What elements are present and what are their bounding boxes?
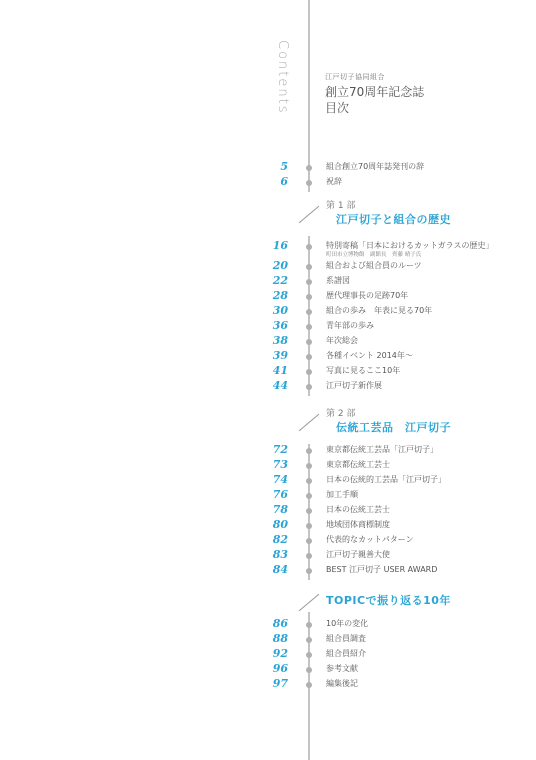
bullet-dot-icon (306, 339, 312, 345)
toc-item[interactable]: 41 写真に見るここ10年 (0, 364, 536, 379)
bullet-dot-icon (306, 538, 312, 544)
title-line-1: 創立70周年記念誌 (325, 84, 424, 100)
page-number: 96 (248, 662, 288, 676)
page-number: 83 (248, 548, 288, 562)
toc-item[interactable]: 96 参考文献 (0, 662, 536, 677)
toc-item[interactable]: 92 組合員紹介 (0, 647, 536, 662)
toc-item[interactable]: 73 東京都伝統工芸士 (0, 458, 536, 473)
page-number: 97 (248, 677, 288, 691)
bullet-dot-icon (306, 493, 312, 499)
page-number: 84 (248, 563, 288, 577)
page-number: 36 (248, 319, 288, 333)
toc-label: 祝辞 (326, 176, 342, 188)
slash-divider-icon (299, 206, 320, 223)
bullet-dot-icon (306, 682, 312, 688)
toc-label: 組合員調査 (326, 633, 366, 645)
bullet-dot-icon (306, 568, 312, 574)
toc-label: 参考文献 (326, 663, 358, 675)
page-number: 30 (248, 304, 288, 318)
toc-label: 各種イベント 2014年〜 (326, 350, 413, 362)
bullet-dot-icon (306, 354, 312, 360)
toc-item[interactable]: 97 編集後記 (0, 677, 536, 692)
bullet-dot-icon (306, 553, 312, 559)
bullet-dot-icon (306, 165, 312, 171)
bullet-dot-icon (306, 264, 312, 270)
toc-item[interactable]: 72 東京都伝統工芸品「江戸切子」 (0, 443, 536, 458)
toc-item[interactable]: 22 系譜図 (0, 274, 536, 289)
toc-item[interactable]: 30 組合の歩み 年表に見る70年 (0, 304, 536, 319)
title-line-2: 目次 (325, 100, 424, 116)
toc-label: 東京都伝統工芸品「江戸切子」 (326, 444, 438, 456)
toc-label: 組合員紹介 (326, 648, 366, 660)
page-number: 44 (248, 379, 288, 393)
toc-item[interactable]: 6 祝辞 (0, 175, 536, 190)
toc-item[interactable]: 20 組合および組合員のルーツ (0, 259, 536, 274)
toc-label: 組合創立70周年誌発刊の辞 (326, 161, 424, 173)
page-number: 80 (248, 518, 288, 532)
page-number: 74 (248, 473, 288, 487)
toc-item[interactable]: 88 組合員調査 (0, 632, 536, 647)
page-number: 88 (248, 632, 288, 646)
page-number: 73 (248, 458, 288, 472)
bullet-dot-icon (306, 309, 312, 315)
bullet-dot-icon (306, 523, 312, 529)
bullet-dot-icon (306, 324, 312, 330)
section-part: 第 1 部 (326, 198, 355, 211)
toc-label: 日本の伝統的工芸品「江戸切子」 (326, 474, 446, 486)
bullet-dot-icon (306, 622, 312, 628)
page-number: 6 (248, 175, 288, 189)
page-number: 20 (248, 259, 288, 273)
toc-item[interactable]: 76 加工手順 (0, 488, 536, 503)
toc-label: 写真に見るここ10年 (326, 365, 400, 377)
page-number: 22 (248, 274, 288, 288)
toc-label: 組合の歩み 年表に見る70年 (326, 305, 432, 317)
toc-item[interactable]: 38 年次総会 (0, 334, 536, 349)
page-number: 76 (248, 488, 288, 502)
toc-label: 歴代理事長の足跡70年 (326, 290, 408, 302)
page-number: 72 (248, 443, 288, 457)
section-part: 第 2 部 (326, 406, 355, 419)
toc-label: 地域団体商標制度 (326, 519, 390, 531)
toc-label: 青年部の歩み (326, 320, 374, 332)
page-number: 78 (248, 503, 288, 517)
bullet-dot-icon (306, 448, 312, 454)
bullet-dot-icon (306, 279, 312, 285)
toc-item[interactable]: 80 地域団体商標制度 (0, 518, 536, 533)
page-number: 92 (248, 647, 288, 661)
toc-label: 系譜図 (326, 275, 350, 287)
toc-item[interactable]: 82 代表的なカットパターン (0, 533, 536, 548)
toc-item[interactable]: 39 各種イベント 2014年〜 (0, 349, 536, 364)
toc-item[interactable]: 78 日本の伝統工芸士 (0, 503, 536, 518)
toc-label: 編集後記 (326, 678, 358, 690)
toc-label: 年次総会 (326, 335, 358, 347)
toc-label: 代表的なカットパターン (326, 534, 414, 546)
toc-item[interactable]: 83 江戸切子親善大使 (0, 548, 536, 563)
bullet-dot-icon (306, 478, 312, 484)
toc-label: BEST 江戸切子 USER AWARD (326, 564, 437, 576)
bullet-dot-icon (306, 384, 312, 390)
page-number: 16 (248, 239, 288, 253)
toc-label: 組合および組合員のルーツ (326, 260, 422, 272)
toc-label: 東京都伝統工芸士 (326, 459, 390, 471)
toc-item[interactable]: 44 江戸切子新作展 (0, 379, 536, 394)
page-number: 28 (248, 289, 288, 303)
section-title: TOPICで振り返る10年 (326, 592, 451, 608)
bullet-dot-icon (306, 637, 312, 643)
toc-label: 日本の伝統工芸士 (326, 504, 390, 516)
toc-label: 江戸切子親善大使 (326, 549, 390, 561)
bullet-dot-icon (306, 463, 312, 469)
page-title: 創立70周年記念誌 目次 (325, 84, 424, 116)
page-number: 39 (248, 349, 288, 363)
toc-label: 江戸切子新作展 (326, 380, 382, 392)
page-number: 41 (248, 364, 288, 378)
section-title: 伝統工芸品 江戸切子 (336, 419, 451, 435)
bullet-dot-icon (306, 180, 312, 186)
toc-item[interactable]: 16 特別寄稿「日本におけるカットガラスの歴史」 町田市立博物館 副館長 齊藤 … (0, 239, 536, 259)
toc-label: 10年の変化 (326, 618, 368, 630)
bullet-dot-icon (306, 652, 312, 658)
toc-item[interactable]: 84 BEST 江戸切子 USER AWARD (0, 563, 536, 578)
page-number: 82 (248, 533, 288, 547)
slash-divider-icon (299, 414, 320, 431)
toc-item[interactable]: 86 10年の変化 (0, 617, 536, 632)
bullet-dot-icon (306, 244, 312, 250)
organization-name: 江戸切子協同組合 (325, 72, 385, 82)
toc-item[interactable]: 5 組合創立70周年誌発刊の辞 (0, 160, 536, 175)
bullet-dot-icon (306, 294, 312, 300)
toc-sublabel: 町田市立博物館 副館長 齊藤 晴子氏 (326, 250, 421, 258)
toc-label: 加工手順 (326, 489, 358, 501)
slash-divider-icon (299, 594, 320, 611)
toc-item[interactable]: 74 日本の伝統的工芸品「江戸切子」 (0, 473, 536, 488)
bullet-dot-icon (306, 369, 312, 375)
page-number: 38 (248, 334, 288, 348)
contents-side-label: Contents (275, 40, 290, 114)
bullet-dot-icon (306, 667, 312, 673)
bullet-dot-icon (306, 508, 312, 514)
toc-item[interactable]: 28 歴代理事長の足跡70年 (0, 289, 536, 304)
page-number: 86 (248, 617, 288, 631)
page-number: 5 (248, 160, 288, 174)
section-title: 江戸切子と組合の歴史 (336, 211, 451, 227)
toc-item[interactable]: 36 青年部の歩み (0, 319, 536, 334)
